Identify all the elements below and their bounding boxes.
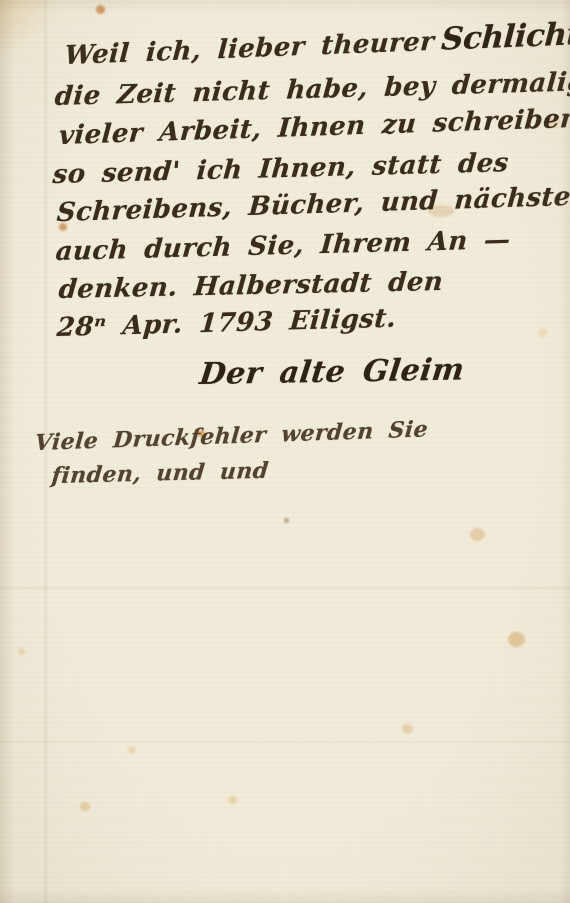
foxing-spot xyxy=(284,518,289,523)
foxing-spot xyxy=(508,632,525,647)
letter-page: Weil ich, lieber theurerSchlichtegroll, … xyxy=(0,0,570,903)
letter-line-1: Weil ich, lieber theurerSchlichtegroll, xyxy=(64,12,570,72)
letter-line-2: die Zeit nicht habe, bey dermaliger xyxy=(54,66,570,112)
foxing-spot xyxy=(80,802,90,811)
foxing-spot xyxy=(96,5,105,14)
postscript-line-2: finden, und und xyxy=(50,458,269,489)
foxing-spot xyxy=(402,724,413,734)
letter-line-6: auch durch Sie, Ihrem An — xyxy=(55,225,512,267)
foxing-spot xyxy=(18,648,25,655)
foxing-spot xyxy=(470,528,485,541)
postscript-line-1: Viele Druckfehler werden Sie xyxy=(34,416,429,456)
foxing-spot xyxy=(538,328,547,337)
recipient-name: Schlichtegroll, xyxy=(440,12,570,58)
letter-line-4: so send' ich Ihnen, statt des xyxy=(52,148,510,190)
paper-crease xyxy=(0,740,570,744)
foxing-spot xyxy=(128,746,136,754)
signature-line: Der alte Gleim xyxy=(198,352,467,392)
letter-line-3: vieler Arbeit, Ihnen zu schreiben, xyxy=(58,103,570,151)
letter-dateline: 28ⁿ Apr. 1793 Eiligst. xyxy=(56,304,398,344)
paper-crease xyxy=(0,586,570,591)
foxing-spot xyxy=(228,796,237,804)
letter-line-7: denken. Halberstadt den xyxy=(57,267,444,305)
letter-line-1-text: Weil ich, lieber theurer xyxy=(64,27,436,71)
